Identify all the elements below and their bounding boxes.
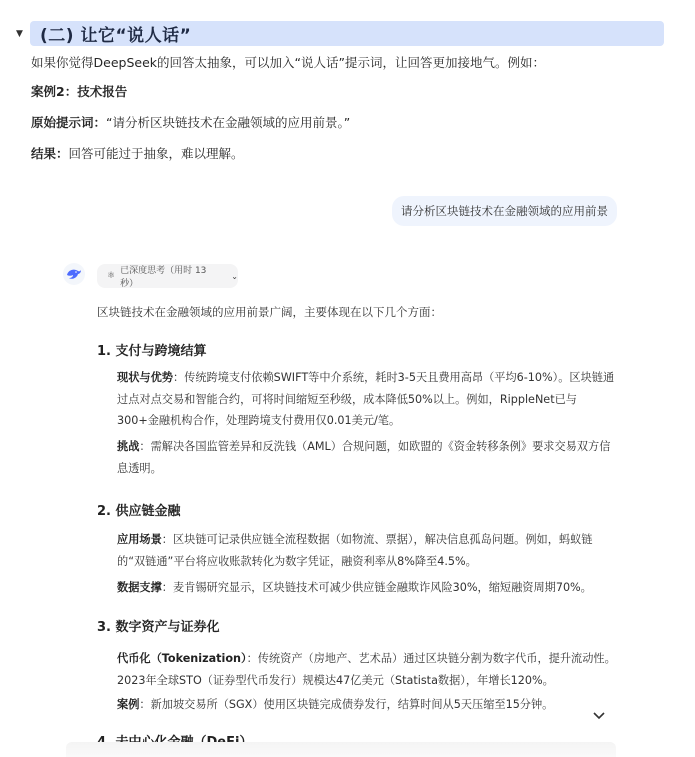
item-text: ：区块链可记录供应链全流程数据（如物流、票据），解决信息孤岛问题。例如，蚂蚁链的… xyxy=(117,533,592,568)
answer-section-title: 2. 供应链金融 xyxy=(97,500,181,519)
original-prompt: 原始提示词：“请分析区块链技术在金融领域的应用前景。” xyxy=(31,114,350,132)
input-area-edge xyxy=(66,742,616,757)
item-label: 挑战 xyxy=(117,440,139,453)
answer-section-title: 3. 数字资产与证券化 xyxy=(97,616,220,635)
answer-section-title: 1. 支付与跨境结算 xyxy=(97,340,207,359)
think-icon: ⚛ xyxy=(107,271,115,281)
answer-item: 应用场景：区块链可记录供应链全流程数据（如物流、票据），解决信息孤岛问题。例如，… xyxy=(117,529,617,572)
case-label-text: 案例2：技术报告 xyxy=(31,84,127,99)
answer-item: 数据支撑：麦肯锡研究显示，区块链技术可减少供应链金融欺诈风险30%，缩短融资周期… xyxy=(117,577,617,599)
whale-logo-icon xyxy=(66,267,82,281)
item-text: ：新加坡交易所（SGX）使用区块链完成债券发行，结算时间从5天压缩至15分钟。 xyxy=(139,698,553,711)
original-prompt-text: “请分析区块链技术在金融领域的应用前景。” xyxy=(106,115,350,130)
item-label: 应用场景 xyxy=(117,533,162,546)
deep-think-toggle[interactable]: ⚛ 已深度思考（用时 13 秒） ⌄ xyxy=(97,264,238,288)
answer-item: 挑战：需解决各国监管差异和反洗钱（AML）合规问题，如欧盟的《资金转移条例》要求… xyxy=(117,436,617,479)
chevron-down-icon: ⌄ xyxy=(231,272,238,281)
original-prompt-label: 原始提示词： xyxy=(31,115,106,130)
scroll-to-bottom-button[interactable] xyxy=(588,705,610,727)
user-message-bubble: 请分析区块链技术在金融领域的应用前景 xyxy=(392,196,617,226)
think-label: 已深度思考（用时 13 秒） xyxy=(120,263,220,289)
collapse-caret-icon[interactable]: ▼ xyxy=(16,29,30,39)
deepseek-avatar xyxy=(63,263,85,285)
item-text: ：传统跨境支付依赖SWIFT等中介系统，耗时3-5天且费用高昂（平均6-10%）… xyxy=(117,371,614,427)
intro-paragraph: 如果你觉得DeepSeek的回答太抽象，可以加入“说人话”提示词，让回答更加接地… xyxy=(31,54,545,72)
item-label: 案例 xyxy=(117,698,139,711)
item-label: 数据支撑 xyxy=(117,581,162,594)
answer-item: 案例：新加坡交易所（SGX）使用区块链完成债券发行，结算时间从5天压缩至15分钟… xyxy=(117,694,617,716)
item-label: 代币化（Tokenization） xyxy=(117,652,247,665)
answer-intro: 区块链技术在金融领域的应用前景广阔，主要体现在以下几个方面： xyxy=(97,303,617,321)
answer-item: 代币化（Tokenization）：传统资产（房地产、艺术品）通过区块链分割为数… xyxy=(117,648,617,691)
answer-item: 现状与优势：传统跨境支付依赖SWIFT等中介系统，耗时3-5天且费用高昂（平均6… xyxy=(117,367,617,432)
item-label: 现状与优势 xyxy=(117,371,173,384)
result-text: 回答可能过于抽象，难以理解。 xyxy=(69,146,244,161)
result-line: 结果：回答可能过于抽象，难以理解。 xyxy=(31,145,244,163)
result-label: 结果： xyxy=(31,146,69,161)
heading-text: (二) 让它“说人话” xyxy=(40,21,191,46)
chevron-down-icon xyxy=(593,712,605,720)
item-text: ：需解决各国监管差异和反洗钱（AML）合规问题，如欧盟的《资金转移条例》要求交易… xyxy=(117,440,610,475)
item-text: ：麦肯锡研究显示，区块链技术可减少供应链金融欺诈风险30%，缩短融资周期70%。 xyxy=(162,581,592,594)
case-label: 案例2：技术报告 xyxy=(31,83,127,101)
section-heading: (二) 让它“说人话” xyxy=(30,21,664,46)
section-heading-row: ▼ (二) 让它“说人话” xyxy=(16,21,664,46)
